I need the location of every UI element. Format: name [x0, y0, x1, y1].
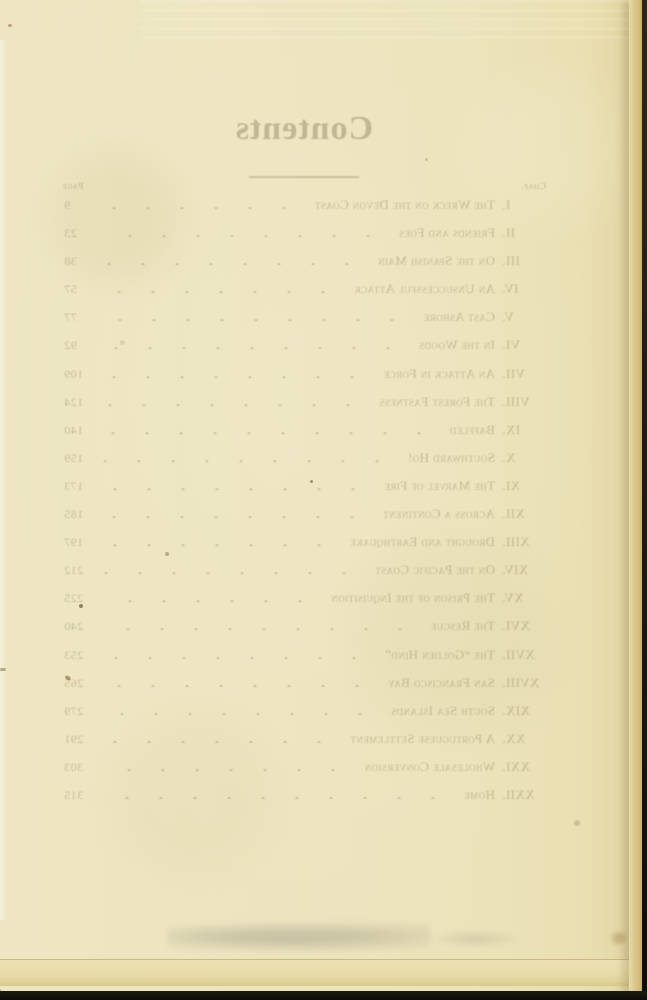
toc-entry-title: The Rescue: [431, 618, 495, 634]
toc-entry-numeral: V.: [495, 309, 546, 325]
toc-entry-title: The Prison of the Inquisition: [331, 590, 495, 606]
foxing-stain: [612, 932, 626, 944]
toc-entry-numeral: XII.: [495, 506, 546, 522]
toc-entry-numeral: XX.: [495, 731, 546, 747]
dot-leader: [100, 309, 420, 321]
toc-entry-title: Wholesale Conversion: [364, 759, 495, 775]
toc-entry-title: The “Golden Hind”: [385, 647, 495, 663]
toc-entry: II.Friends and Foes23: [62, 225, 546, 253]
toc-entry: XII.Across a Continent185: [62, 506, 546, 534]
toc-entry: III.On the Spanish Main38: [62, 253, 546, 281]
toc-entry-title: On the Pacific Coast: [375, 562, 495, 578]
foxing-speck: [120, 340, 125, 345]
foxing-speck: [165, 552, 169, 556]
toc-entry: XV.The Prison of the Inquisition225: [62, 590, 546, 618]
toc-entry-page: 77: [62, 310, 96, 325]
toc-entry-title: The Forest Fastness: [379, 394, 495, 410]
dot-leader: [100, 703, 387, 715]
toc-entry: IV.An Unsuccessful Attack57: [62, 281, 546, 309]
dot-leader: [100, 618, 427, 630]
foxing-speck: [310, 480, 313, 483]
toc-entry: XIX.South Sea Islands279: [62, 703, 546, 731]
scan-bed-bottom-edge: [0, 991, 647, 1000]
toc-entry-title: In the Woods: [419, 337, 495, 353]
toc-entry-numeral: XV.: [495, 590, 546, 606]
toc-entry-numeral: IV.: [495, 281, 546, 297]
dot-leader: [100, 759, 360, 771]
toc-entry: V.Cast Ashore77: [62, 309, 546, 337]
showthrough-contents-block: Contents Chap. Page I.The Wreck on the D…: [62, 96, 546, 816]
toc-entry-title: An Unsuccessful Attack: [354, 281, 495, 297]
toc-entry: IX.Baffled140: [62, 422, 546, 450]
dot-leader: [100, 225, 395, 237]
toc-entry-page: 185: [62, 507, 96, 522]
scan-light-streaks: [140, 0, 647, 40]
toc-entry: XXII.Home315: [62, 787, 546, 815]
toc-entry-numeral: VI.: [495, 337, 546, 353]
toc-entries: I.The Wreck on the Devon Coast9II.Friend…: [62, 197, 546, 815]
toc-entry-page: 92: [62, 338, 96, 353]
toc-entry-numeral: III.: [495, 253, 546, 269]
toc-entry-page: 253: [62, 648, 96, 663]
toc-entry-page: 279: [62, 704, 96, 719]
toc-entry-title: San Francisco Bay: [388, 675, 495, 691]
toc-entry-numeral: XVII.: [495, 647, 546, 663]
title-rule: [249, 176, 359, 178]
toc-entry-title: On the Spanish Main: [378, 253, 495, 269]
toc-entry: XX.A Portuguese Settlement291: [62, 731, 546, 759]
illustration-bleedthrough: [168, 922, 430, 952]
toc-entry-numeral: VII.: [495, 366, 546, 382]
foxing-speck: [425, 158, 428, 161]
book-scan: Contents Chap. Page I.The Wreck on the D…: [0, 0, 647, 1000]
dot-leader: [100, 675, 384, 687]
contents-title: Contents: [62, 110, 546, 148]
toc-entry-numeral: XXII.: [495, 787, 546, 803]
contents-column-headers: Chap. Page: [62, 182, 546, 192]
page-left-edge-highlight: [0, 40, 7, 920]
foxing-speck: [574, 820, 580, 826]
toc-entry-page: 140: [62, 423, 96, 438]
dot-leader: [100, 337, 415, 349]
toc-entry-page: 9: [62, 198, 96, 213]
toc-entry-title: Baffled: [450, 422, 495, 438]
toc-entry-page: 124: [62, 395, 96, 410]
toc-entry-page: 315: [62, 788, 96, 803]
toc-entry-numeral: XIX.: [495, 703, 546, 719]
toc-entry: I.The Wreck on the Devon Coast9: [62, 197, 546, 225]
toc-entry-title: A Portuguese Settlement: [350, 731, 495, 747]
foxing-speck: [79, 604, 83, 608]
toc-entry-numeral: XIII.: [495, 534, 546, 550]
toc-entry-page: 109: [62, 367, 96, 382]
toc-entry: XVIII.San Francisco Bay265: [62, 675, 546, 703]
toc-entry-title: Home: [464, 787, 495, 803]
dot-leader: [100, 366, 379, 378]
page-column-header: Page: [62, 182, 84, 192]
bottom-page-edges: [0, 959, 643, 986]
toc-entry-title: The Marvel of Fire: [384, 478, 495, 494]
toc-entry-title: An Attack in Force: [383, 366, 495, 382]
dot-leader: [100, 394, 375, 406]
dot-leader: [100, 253, 374, 265]
toc-entry-numeral: XVI.: [495, 618, 546, 634]
toc-entry-numeral: II.: [495, 225, 546, 241]
toc-entry: XIV.On the Pacific Coast212: [62, 562, 546, 590]
toc-entry: VI.In the Woods92: [62, 337, 546, 365]
illustration-bleedthrough: [430, 930, 520, 948]
toc-entry-page: 57: [62, 282, 96, 297]
chap-column-header: Chap.: [521, 182, 546, 192]
toc-entry-page: 23: [62, 226, 96, 241]
toc-entry: XI.The Marvel of Fire173: [62, 478, 546, 506]
toc-entry-numeral: I.: [495, 197, 546, 213]
dot-leader: [100, 281, 350, 293]
toc-entry-page: 197: [62, 535, 96, 550]
toc-entry-title: Across a Continent: [383, 506, 495, 522]
toc-entry-numeral: IX.: [495, 422, 546, 438]
scan-bed-right-edge: [642, 0, 647, 1000]
blank-page: Contents Chap. Page I.The Wreck on the D…: [0, 0, 647, 994]
toc-entry-page: 303: [62, 760, 96, 775]
toc-entry-numeral: VIII.: [495, 394, 546, 410]
toc-entry: XVII.The “Golden Hind”253: [62, 647, 546, 675]
dot-leader: [100, 450, 404, 462]
dot-leader: [100, 506, 379, 518]
dot-leader: [100, 478, 380, 490]
dot-leader: [100, 787, 460, 799]
toc-entry-title: Friends and Foes: [399, 225, 495, 241]
toc-entry-numeral: X.: [495, 450, 546, 466]
foxing-speck: [8, 24, 12, 27]
dot-leader: [100, 562, 371, 574]
toc-entry-title: Southward Ho!: [408, 450, 495, 466]
toc-entry-page: 38: [62, 254, 96, 269]
toc-entry-title: South Sea Islands: [391, 703, 495, 719]
toc-entry-numeral: XIV.: [495, 562, 546, 578]
toc-entry: XIII.Drought and Earthquake197: [62, 534, 546, 562]
toc-entry: XVI.The Rescue240: [62, 618, 546, 646]
dot-leader: [100, 590, 327, 602]
toc-entry-title: Drought and Earthquake: [350, 534, 495, 550]
dot-leader: [100, 197, 311, 209]
toc-entry: VIII.The Forest Fastness124: [62, 394, 546, 422]
dot-leader: [100, 731, 346, 743]
dot-leader: [100, 422, 446, 434]
toc-entry-page: 240: [62, 619, 96, 634]
dot-leader: [100, 647, 381, 659]
dot-leader: [100, 534, 346, 546]
toc-entry-numeral: XXI.: [495, 759, 546, 775]
toc-entry: VII.An Attack in Force109: [62, 366, 546, 394]
toc-entry-page: 173: [62, 479, 96, 494]
toc-entry-title: Cast Ashore: [424, 309, 496, 325]
toc-entry: X.Southward Ho!159: [62, 450, 546, 478]
edge-mark: [0, 668, 6, 671]
toc-entry-page: 212: [62, 563, 96, 578]
toc-entry-numeral: XVIII.: [495, 675, 546, 691]
toc-entry-page: 159: [62, 451, 96, 466]
toc-entry-page: 291: [62, 732, 96, 747]
toc-entry: XXI.Wholesale Conversion303: [62, 759, 546, 787]
right-page-edges: [629, 0, 643, 994]
toc-entry-title: The Wreck on the Devon Coast: [315, 197, 495, 213]
toc-entry-numeral: XI.: [495, 478, 546, 494]
